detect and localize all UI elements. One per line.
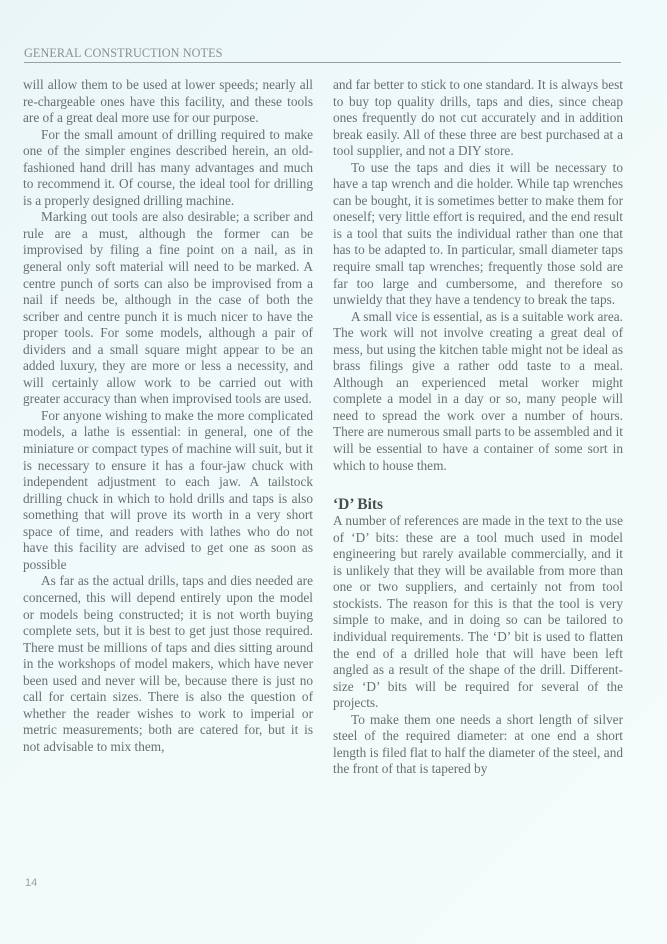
paragraph: To use the taps and dies it will be nece… xyxy=(333,160,623,309)
page-header: General Construction Notes xyxy=(24,46,621,63)
paragraph: For anyone wishing to make the more comp… xyxy=(23,408,313,573)
paragraph: For the small amount of drilling require… xyxy=(23,127,313,210)
right-column: and far better to stick to one standard.… xyxy=(333,77,623,778)
paragraph: A small vice is essential, as is a suita… xyxy=(333,309,623,474)
paragraph: To make them one needs a short length of… xyxy=(333,712,623,778)
paragraph: As far as the actual drills, taps and di… xyxy=(23,573,313,755)
left-column: will allow them to be used at lower spee… xyxy=(23,77,313,755)
section-heading-d-bits: ‘D’ Bits xyxy=(333,496,623,513)
paragraph: will allow them to be used at lower spee… xyxy=(23,77,313,127)
running-head: General Construction Notes xyxy=(24,46,621,60)
page-number: 14 xyxy=(25,877,37,889)
paragraph: and far better to stick to one standard.… xyxy=(333,77,623,160)
paragraph: A number of references are made in the t… xyxy=(333,513,623,712)
paragraph: Marking out tools are also desirable; a … xyxy=(23,209,313,408)
